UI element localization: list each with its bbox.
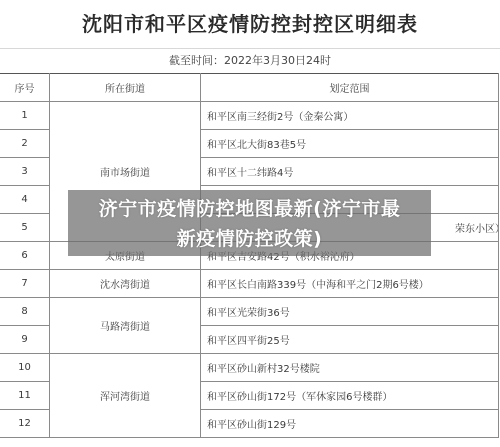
cutoff-time: 截至时间：2022年3月30日24时 xyxy=(0,49,500,73)
header-scope: 划定范围 xyxy=(201,74,499,102)
scope-cell: 和平区砂山街129号 xyxy=(201,410,499,438)
row-index: 5 xyxy=(0,214,50,242)
scope-cell: 和平区砂山街172号（军休家园6号楼群） xyxy=(201,382,499,410)
street-cell: 浑河湾街道 xyxy=(50,354,201,438)
row-index: 9 xyxy=(0,326,50,354)
scope-cell: 和平区光荣街36号 xyxy=(201,298,499,326)
document-title: 沈阳市和平区疫情防控封控区明细表 xyxy=(0,0,500,49)
row-index: 2 xyxy=(0,130,50,158)
row-index: 10 xyxy=(0,354,50,382)
overlay-line-2: 新疫情防控政策) xyxy=(68,224,431,254)
scope-cell: 和平区长白南路339号（中海和平之门2期6号楼） xyxy=(201,270,499,298)
scope-cell: 和平区砂山新村32号楼院 xyxy=(201,354,499,382)
street-cell: 马路湾街道 xyxy=(50,298,201,354)
table-row: 1 南市场街道 和平区南三经街2号（金秦公寓） xyxy=(0,102,499,130)
row-index: 7 xyxy=(0,270,50,298)
row-index: 12 xyxy=(0,410,50,438)
header-index: 序号 xyxy=(0,74,50,102)
table-row: 8 马路湾街道 和平区光荣街36号 xyxy=(0,298,499,326)
row-index: 4 xyxy=(0,186,50,214)
header-street: 所在街道 xyxy=(50,74,201,102)
row-index: 3 xyxy=(0,158,50,186)
table-row: 7 沈水湾街道 和平区长白南路339号（中海和平之门2期6号楼） xyxy=(0,270,499,298)
street-cell: 沈水湾街道 xyxy=(50,270,201,298)
scope-cell: 和平区十二纬路4号 xyxy=(201,158,499,186)
row-index: 11 xyxy=(0,382,50,410)
table-row: 10 浑河湾街道 和平区砂山新村32号楼院 xyxy=(0,354,499,382)
scope-cell: 和平区北大街83巷5号 xyxy=(201,130,499,158)
headline-overlay-banner[interactable]: 济宁市疫情防控地图最新(济宁市最 新疫情防控政策) xyxy=(68,190,431,256)
row-index: 6 xyxy=(0,242,50,270)
overlay-line-1: 济宁市疫情防控地图最新(济宁市最 xyxy=(68,194,431,224)
row-index: 1 xyxy=(0,102,50,130)
row-index: 8 xyxy=(0,298,50,326)
scope-cell: 和平区四平街25号 xyxy=(201,326,499,354)
scope-cell: 和平区南三经街2号（金秦公寓） xyxy=(201,102,499,130)
table-header-row: 序号 所在街道 划定范围 xyxy=(0,74,499,102)
